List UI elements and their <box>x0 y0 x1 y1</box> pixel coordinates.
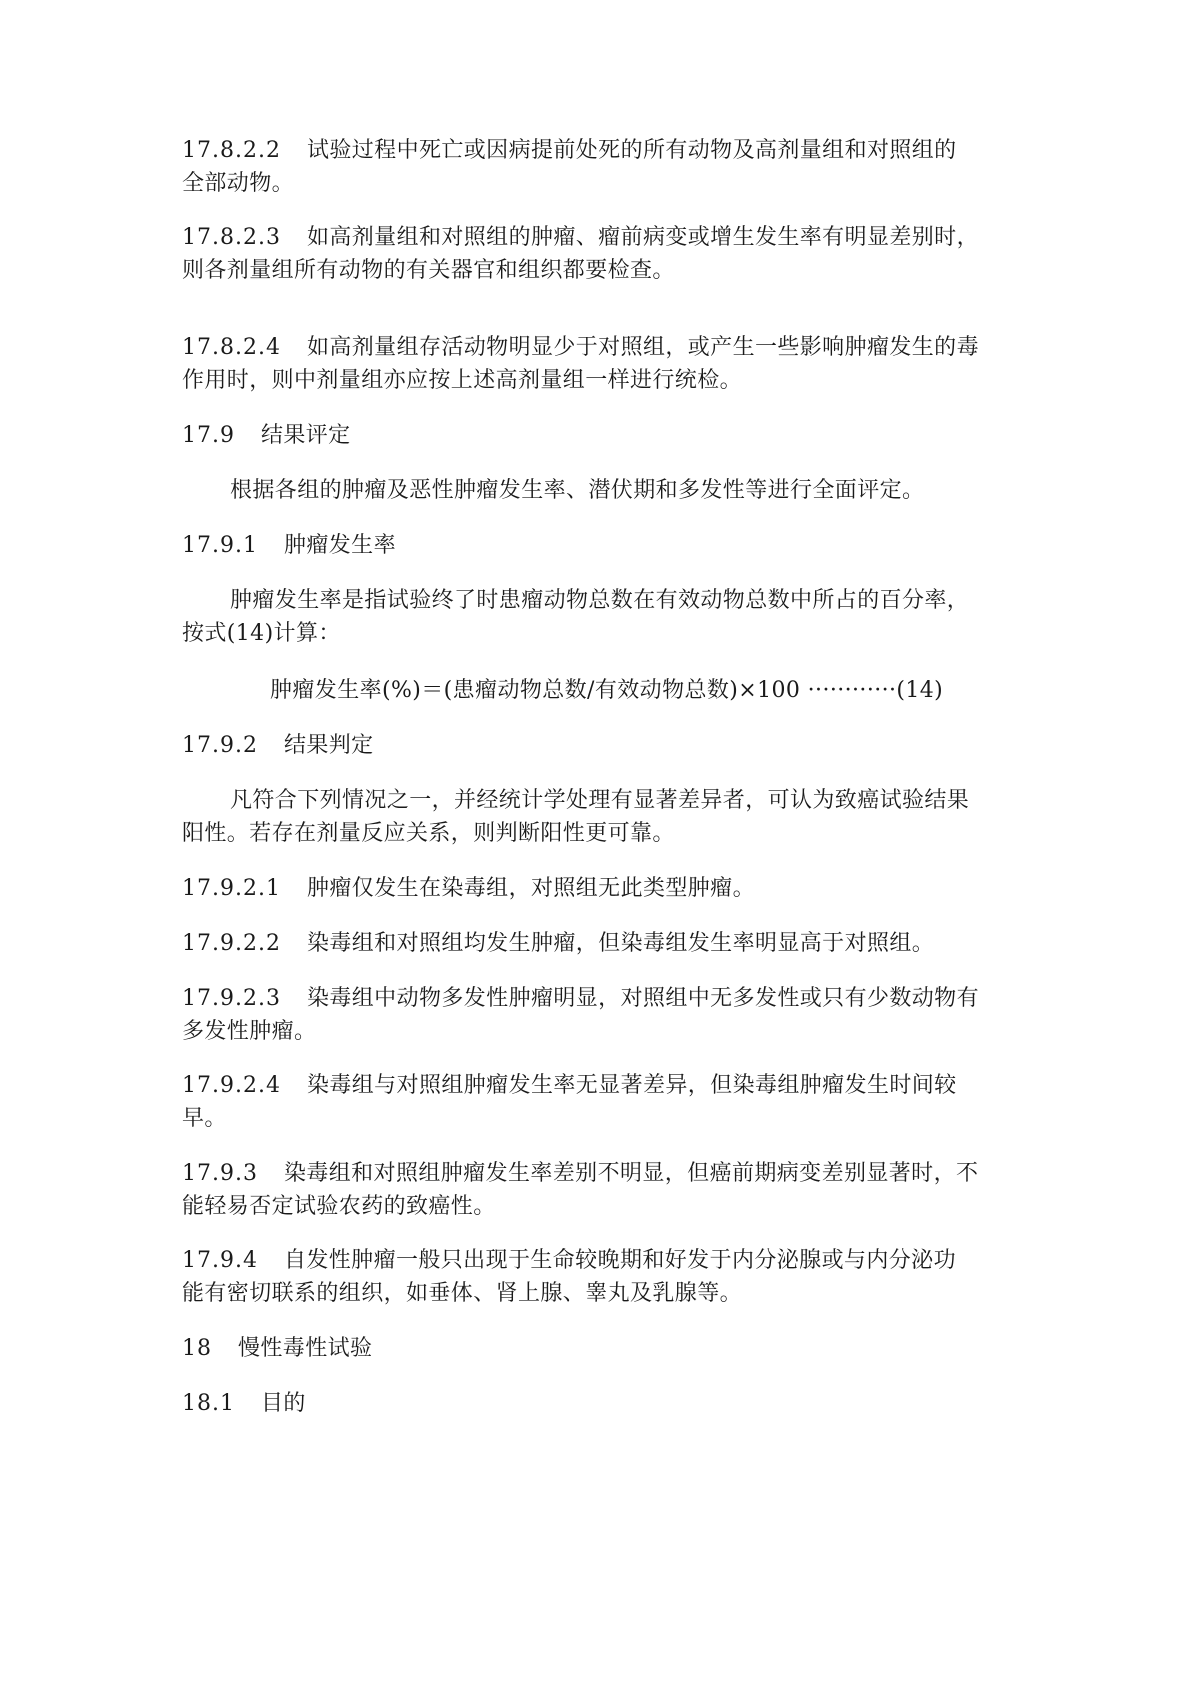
clause-number: 17.9.2.2 <box>182 927 281 960</box>
section-heading-17-9: 17.9结果评定 <box>182 419 351 452</box>
section-heading-18-1: 18.1目的 <box>182 1387 306 1420</box>
clause-text: 如高剂量组存活动物明显少于对照组，或产生一些影响肿瘤发生的毒 <box>307 335 979 360</box>
clause-17-9-2-3-line-1: 17.9.2.3染毒组中动物多发性肿瘤明显，对照组中无多发性或只有少数动物有 <box>182 982 979 1015</box>
section-number: 17.9.2 <box>182 729 258 762</box>
section-title: 慢性毒性试验 <box>238 1336 372 1361</box>
section-heading-18: 18慢性毒性试验 <box>182 1332 372 1365</box>
clause-text: 多发性肿瘤。 <box>182 1019 316 1044</box>
section-number: 18.1 <box>182 1387 235 1420</box>
clause-17-9-2-4-line-1: 17.9.2.4染毒组与对照组肿瘤发生率无显著差异，但染毒组肿瘤发生时间较 <box>182 1069 957 1102</box>
clause-17-9-2-1: 17.9.2.1肿瘤仅发生在染毒组，对照组无此类型肿瘤。 <box>182 872 755 905</box>
formula-text: 肿瘤发生率(%)＝(患瘤动物总数/有效动物总数)×100 ···········… <box>270 678 943 703</box>
clause-text: 染毒组和对照组肿瘤发生率差别不明显，但癌前期病变差别显著时，不 <box>284 1161 978 1186</box>
section-title: 目的 <box>261 1391 306 1416</box>
clause-text: 肿瘤仅发生在染毒组，对照组无此类型肿瘤。 <box>307 876 755 901</box>
section-number: 17.9 <box>182 419 235 452</box>
clause-text: 自发性肿瘤一般只出现于生命较晚期和好发于内分泌腺或与内分泌功 <box>284 1248 956 1273</box>
clause-number: 17.9.3 <box>182 1157 258 1190</box>
paragraph-text: 肿瘤发生率是指试验终了时患瘤动物总数在有效动物总数中所占的百分率， <box>230 588 969 613</box>
clause-17-8-2-3-line-2: 则各剂量组所有动物的有关器官和组织都要检查。 <box>182 254 675 287</box>
clause-17-9-3-line-1: 17.9.3染毒组和对照组肿瘤发生率差别不明显，但癌前期病变差别显著时，不 <box>182 1157 978 1190</box>
paragraph-text: 凡符合下列情况之一，并经统计学处理有显著差异者，可认为致癌试验结果 <box>230 788 969 813</box>
clause-text: 如高剂量组和对照组的肿瘤、瘤前病变或增生发生率有明显差别时， <box>307 225 979 250</box>
paragraph-17-9: 根据各组的肿瘤及恶性肿瘤发生率、潜伏期和多发性等进行全面评定。 <box>230 474 924 507</box>
clause-number: 17.8.2.2 <box>182 134 281 167</box>
section-number: 18 <box>182 1332 212 1365</box>
section-heading-17-9-2: 17.9.2结果判定 <box>182 729 374 762</box>
clause-number: 17.8.2.3 <box>182 221 281 254</box>
section-title: 结果评定 <box>261 423 351 448</box>
clause-17-8-2-2-line-2: 全部动物。 <box>182 167 294 200</box>
paragraph-17-9-1-line-2: 按式(14)计算： <box>182 617 341 650</box>
clause-17-8-2-3-line-1: 17.8.2.3如高剂量组和对照组的肿瘤、瘤前病变或增生发生率有明显差别时， <box>182 221 979 254</box>
clause-number: 17.9.2.4 <box>182 1069 281 1102</box>
clause-17-8-2-2-line-1: 17.8.2.2试验过程中死亡或因病提前处死的所有动物及高剂量组和对照组的 <box>182 134 957 167</box>
paragraph-text: 按式(14)计算： <box>182 621 341 646</box>
clause-text: 染毒组和对照组均发生肿瘤，但染毒组发生率明显高于对照组。 <box>307 931 934 956</box>
clause-text: 能轻易否定试验农药的致癌性。 <box>182 1194 496 1219</box>
paragraph-17-9-2-line-1: 凡符合下列情况之一，并经统计学处理有显著差异者，可认为致癌试验结果 <box>230 784 969 817</box>
clause-number: 17.8.2.4 <box>182 331 281 364</box>
formula-14: 肿瘤发生率(%)＝(患瘤动物总数/有效动物总数)×100 ···········… <box>270 674 943 707</box>
section-heading-17-9-1: 17.9.1肿瘤发生率 <box>182 529 396 562</box>
clause-17-9-4-line-1: 17.9.4自发性肿瘤一般只出现于生命较晚期和好发于内分泌腺或与内分泌功 <box>182 1244 956 1277</box>
clause-number: 17.9.2.1 <box>182 872 281 905</box>
clause-17-9-2-4-line-2: 早。 <box>182 1102 227 1135</box>
clause-text: 染毒组与对照组肿瘤发生率无显著差异，但染毒组肿瘤发生时间较 <box>307 1073 957 1098</box>
clause-text: 早。 <box>182 1106 227 1131</box>
clause-17-9-2-2: 17.9.2.2染毒组和对照组均发生肿瘤，但染毒组发生率明显高于对照组。 <box>182 927 934 960</box>
paragraph-text: 根据各组的肿瘤及恶性肿瘤发生率、潜伏期和多发性等进行全面评定。 <box>230 478 924 503</box>
paragraph-17-9-2-line-2: 阳性。若存在剂量反应关系，则判断阳性更可靠。 <box>182 817 675 850</box>
clause-text: 则各剂量组所有动物的有关器官和组织都要检查。 <box>182 258 675 283</box>
clause-text: 能有密切联系的组织，如垂体、肾上腺、睾丸及乳腺等。 <box>182 1281 742 1306</box>
section-number: 17.9.1 <box>182 529 258 562</box>
clause-text: 全部动物。 <box>182 171 294 196</box>
clause-17-8-2-4-line-1: 17.8.2.4如高剂量组存活动物明显少于对照组，或产生一些影响肿瘤发生的毒 <box>182 331 979 364</box>
paragraph-17-9-1-line-1: 肿瘤发生率是指试验终了时患瘤动物总数在有效动物总数中所占的百分率， <box>230 584 969 617</box>
clause-text: 染毒组中动物多发性肿瘤明显，对照组中无多发性或只有少数动物有 <box>307 986 979 1011</box>
clause-17-9-4-line-2: 能有密切联系的组织，如垂体、肾上腺、睾丸及乳腺等。 <box>182 1277 742 1310</box>
clause-text: 试验过程中死亡或因病提前处死的所有动物及高剂量组和对照组的 <box>307 138 957 163</box>
clause-17-8-2-4-line-2: 作用时，则中剂量组亦应按上述高剂量组一样进行统检。 <box>182 364 742 397</box>
section-title: 结果判定 <box>284 733 374 758</box>
section-title: 肿瘤发生率 <box>284 533 396 558</box>
clause-number: 17.9.4 <box>182 1244 258 1277</box>
clause-17-9-3-line-2: 能轻易否定试验农药的致癌性。 <box>182 1190 496 1223</box>
paragraph-text: 阳性。若存在剂量反应关系，则判断阳性更可靠。 <box>182 821 675 846</box>
clause-number: 17.9.2.3 <box>182 982 281 1015</box>
clause-text: 作用时，则中剂量组亦应按上述高剂量组一样进行统检。 <box>182 368 742 393</box>
clause-17-9-2-3-line-2: 多发性肿瘤。 <box>182 1015 316 1048</box>
